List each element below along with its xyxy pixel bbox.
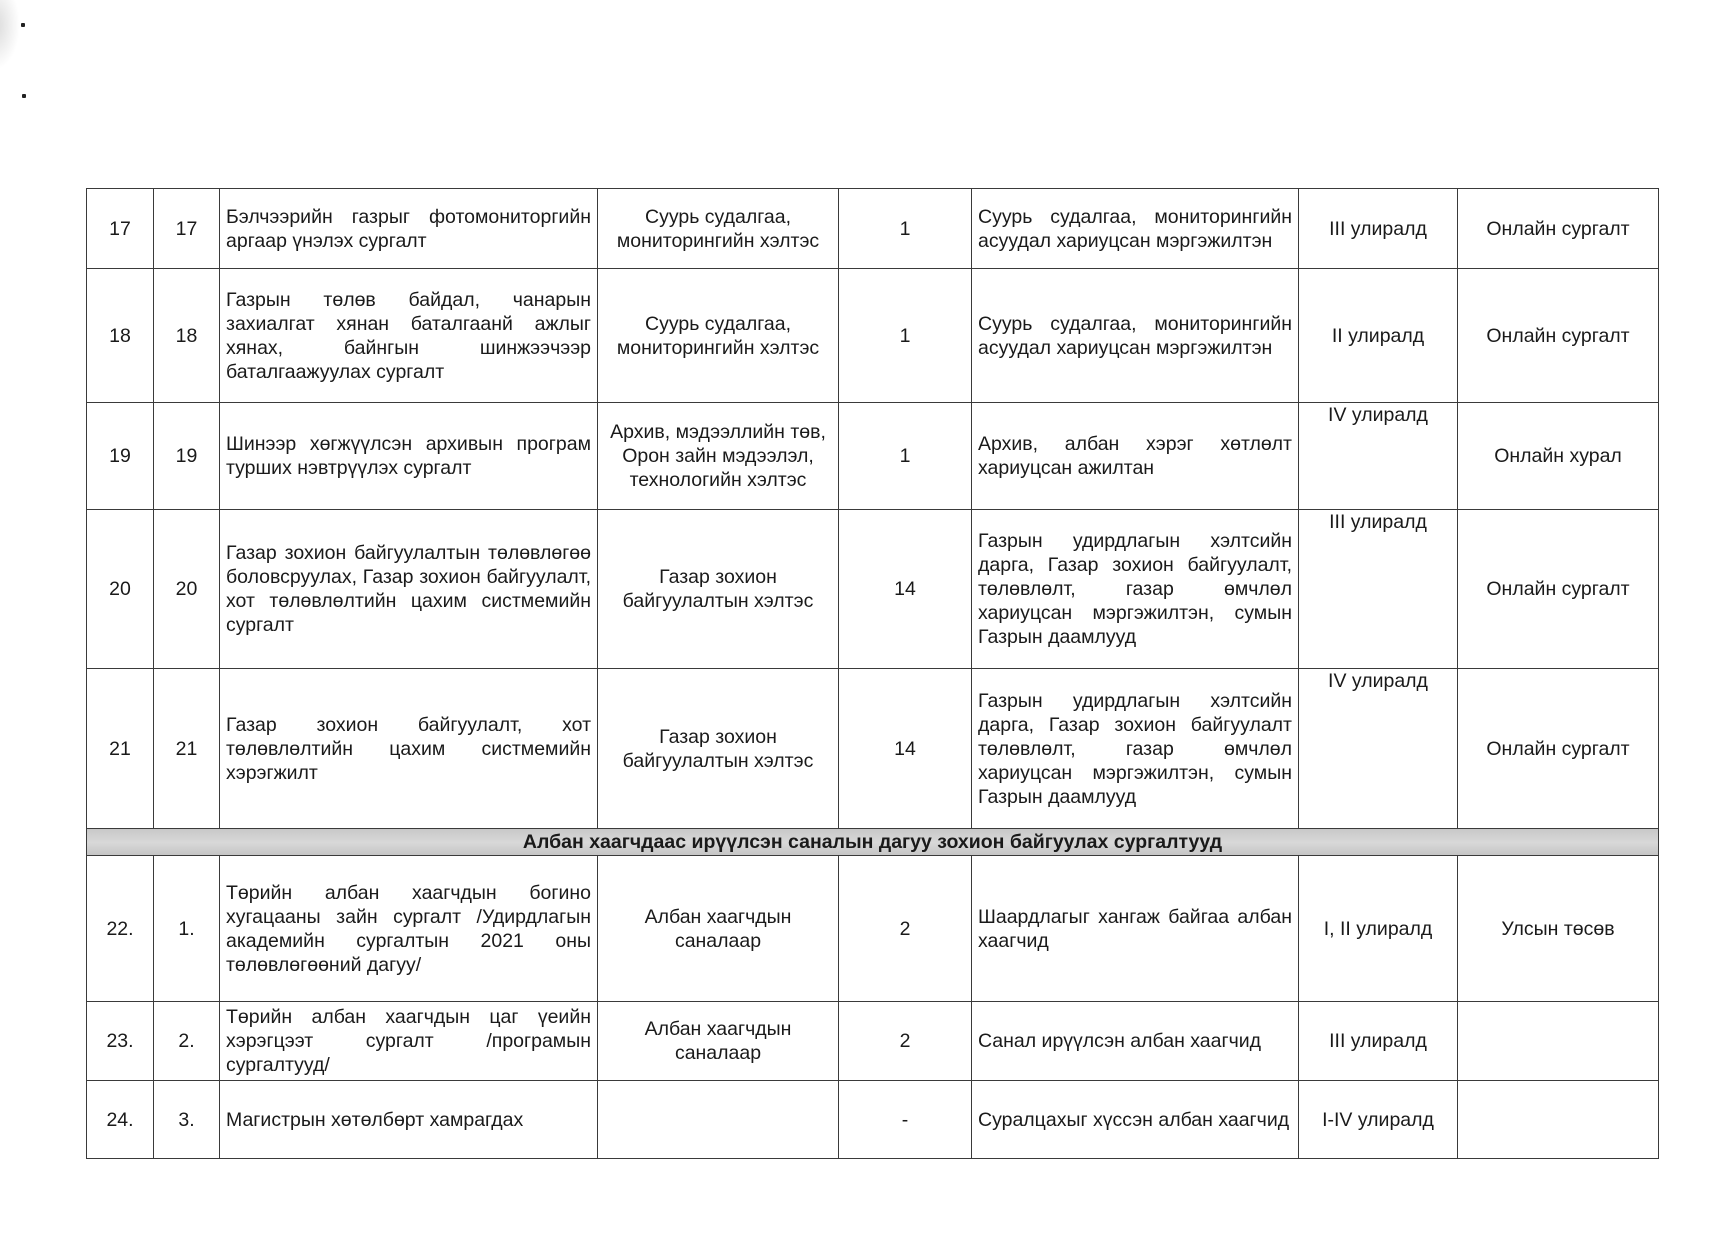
target-participants: Суралцахыг хүссэн албан хаагчид <box>972 1081 1299 1159</box>
training-name: Төрийн албан хаагчдын богино хугацааны з… <box>220 856 598 1002</box>
training-form: Онлайн сургалт <box>1458 669 1659 829</box>
quarter: II улиралд <box>1299 269 1458 403</box>
responsible-unit: Албан хаагчдын саналаар <box>598 1002 839 1081</box>
row-number: 23. <box>87 1002 154 1081</box>
table-row: 18 18 Газрын төлөв байдал, чанарын захиа… <box>87 269 1659 403</box>
training-name: Төрийн албан хаагчдын цаг үеийн хэрэгцээ… <box>220 1002 598 1081</box>
training-form: Онлайн хурал <box>1458 403 1659 510</box>
participant-count: 1 <box>839 269 972 403</box>
training-form: Онлайн сургалт <box>1458 269 1659 403</box>
participant-count: 1 <box>839 403 972 510</box>
table-row: 22. 1. Төрийн албан хаагчдын богино хуга… <box>87 856 1659 1002</box>
row-sub-number: 21 <box>154 669 220 829</box>
participant-count: 14 <box>839 510 972 669</box>
training-plan-table: 17 17 Бэлчээрийн газрыг фотомониторгийн … <box>86 188 1659 1159</box>
training-form <box>1458 1002 1659 1081</box>
row-sub-number: 17 <box>154 189 220 269</box>
training-form: Онлайн сургалт <box>1458 510 1659 669</box>
training-name: Газрын төлөв байдал, чанарын захиалгат х… <box>220 269 598 403</box>
quarter: I-IV улиралд <box>1299 1081 1458 1159</box>
row-sub-number: 18 <box>154 269 220 403</box>
target-participants: Газрын удирдлагын хэлтсийн дарга, Газар … <box>972 669 1299 829</box>
row-number: 20 <box>87 510 154 669</box>
row-number: 19 <box>87 403 154 510</box>
row-number: 21 <box>87 669 154 829</box>
target-participants: Суурь судалгаа, мониторингийн асуудал ха… <box>972 189 1299 269</box>
participant-count: 2 <box>839 1002 972 1081</box>
target-participants: Санал ирүүлсэн албан хаагчид <box>972 1002 1299 1081</box>
responsible-unit: Газар зохион байгуулалтын хэлтэс <box>598 669 839 829</box>
quarter: III улиралд <box>1299 189 1458 269</box>
table-row: 17 17 Бэлчээрийн газрыг фотомониторгийн … <box>87 189 1659 269</box>
quarter: IV улиралд <box>1299 403 1458 510</box>
scan-speck <box>21 23 25 27</box>
responsible-unit: Суурь судалгаа, мониторингийн хэлтэс <box>598 189 839 269</box>
training-name: Бэлчээрийн газрыг фотомониторгийн аргаар… <box>220 189 598 269</box>
training-form: Улсын төсөв <box>1458 856 1659 1002</box>
training-name: Магистрын хөтөлбөрт хамрагдах <box>220 1081 598 1159</box>
responsible-unit: Газар зохион байгуулалтын хэлтэс <box>598 510 839 669</box>
scan-edge-shadow <box>0 0 20 70</box>
row-number: 22. <box>87 856 154 1002</box>
target-participants: Газрын удирдлагын хэлтсийн дарга, Газар … <box>972 510 1299 669</box>
section-band-row: Албан хаагчдаас ирүүлсэн саналын дагуу з… <box>87 829 1659 856</box>
participant-count: 1 <box>839 189 972 269</box>
target-participants: Шаардлагыг хангаж байгаа албан хаагчид <box>972 856 1299 1002</box>
table-row: 19 19 Шинээр хөгжүүлсэн архивын програм … <box>87 403 1659 510</box>
quarter: I, II улиралд <box>1299 856 1458 1002</box>
responsible-unit <box>598 1081 839 1159</box>
row-number: 24. <box>87 1081 154 1159</box>
table-row: 24. 3. Магистрын хөтөлбөрт хамрагдах - С… <box>87 1081 1659 1159</box>
target-participants: Суурь судалгаа, мониторингийн асуудал ха… <box>972 269 1299 403</box>
table-row: 23. 2. Төрийн албан хаагчдын цаг үеийн х… <box>87 1002 1659 1081</box>
participant-count: 2 <box>839 856 972 1002</box>
row-number: 18 <box>87 269 154 403</box>
training-name: Шинээр хөгжүүлсэн архивын програм турших… <box>220 403 598 510</box>
table-row: 20 20 Газар зохион байгуулалтын төлөвлөг… <box>87 510 1659 669</box>
responsible-unit: Архив, мэдээллийн төв, Орон зайн мэдээлэ… <box>598 403 839 510</box>
training-form: Онлайн сургалт <box>1458 189 1659 269</box>
quarter: III улиралд <box>1299 510 1458 669</box>
training-name: Газар зохион байгуулалтын төлөвлөгөө бол… <box>220 510 598 669</box>
training-form <box>1458 1081 1659 1159</box>
quarter: III улиралд <box>1299 1002 1458 1081</box>
responsible-unit: Суурь судалгаа, мониторингийн хэлтэс <box>598 269 839 403</box>
row-sub-number: 1. <box>154 856 220 1002</box>
training-name: Газар зохион байгуулалт, хот төлөвлөлтий… <box>220 669 598 829</box>
row-sub-number: 20 <box>154 510 220 669</box>
row-sub-number: 3. <box>154 1081 220 1159</box>
scan-speck <box>22 94 26 98</box>
target-participants: Архив, албан хэрэг хөтлөлт хариуцсан ажи… <box>972 403 1299 510</box>
section-heading: Албан хаагчдаас ирүүлсэн саналын дагуу з… <box>87 829 1659 856</box>
table-row: 21 21 Газар зохион байгуулалт, хот төлөв… <box>87 669 1659 829</box>
participant-count: 14 <box>839 669 972 829</box>
row-sub-number: 19 <box>154 403 220 510</box>
responsible-unit: Албан хаагчдын саналаар <box>598 856 839 1002</box>
row-number: 17 <box>87 189 154 269</box>
quarter: IV улиралд <box>1299 669 1458 829</box>
row-sub-number: 2. <box>154 1002 220 1081</box>
participant-count: - <box>839 1081 972 1159</box>
